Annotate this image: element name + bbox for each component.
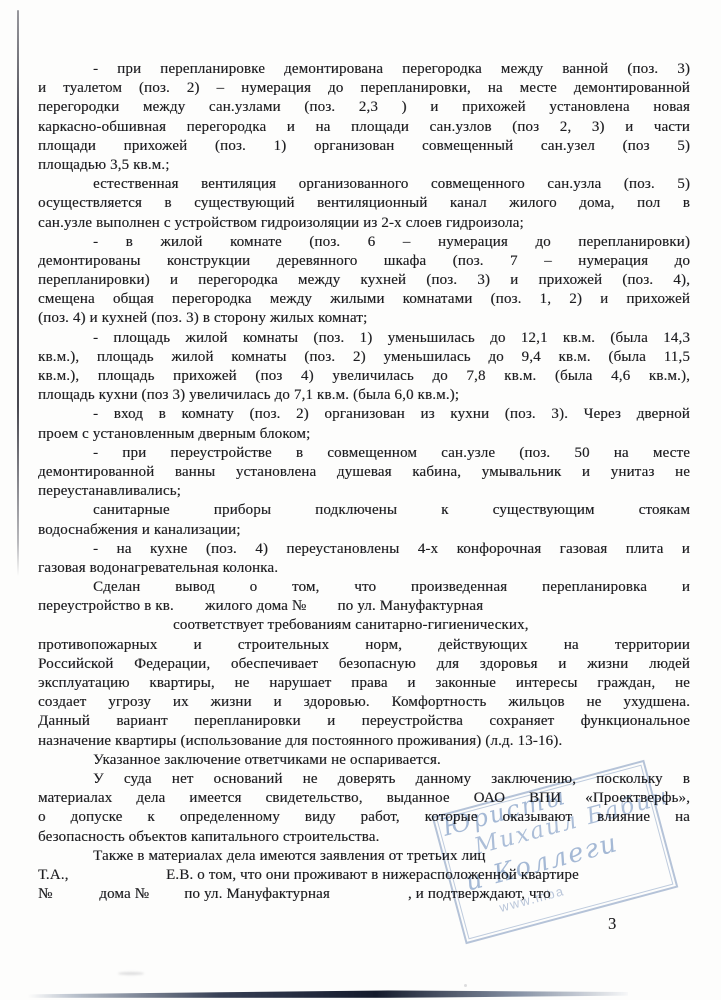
text-line: каркасно-обшивная перегородка и на площа… [38, 118, 690, 137]
text-line: перегородки между сан.узлами (поз. 2,3 )… [38, 98, 690, 117]
text-line: смещена общая перегородка между жилыми к… [38, 290, 690, 309]
text-line: соответствует требованиям санитарно-гиги… [38, 616, 690, 635]
page-number: 3 [608, 914, 638, 934]
scan-speck [118, 972, 144, 975]
text-line: Российской Федерации, обеспечивает безоп… [38, 655, 690, 674]
scan-bottom-edge-shadow [28, 990, 628, 998]
scan-left-edge-line [17, 10, 19, 576]
text-line: - при переустройстве в совмещенном сан.у… [38, 444, 690, 463]
text-line: - на кухне (поз. 4) переустановлены 4-х … [38, 540, 690, 559]
text-line: водоснабжения и канализации; [38, 521, 690, 540]
scan-speck [464, 984, 467, 987]
text-line: кв.м.), площадь прихожей (поз 4) увеличи… [38, 367, 690, 386]
document-page: - при перепланировке демонтирована перег… [0, 0, 721, 1000]
text-line: переустанавливались; [38, 482, 690, 501]
text-line: - в жилой комнате (поз. 6 – нумерация до… [38, 233, 690, 252]
text-line: - вход в комнату (поз. 2) организован из… [38, 405, 690, 424]
text-line: перепланировки) и перегородка между кухн… [38, 271, 690, 290]
text-line: Данный вариант перепланировки и переустр… [38, 712, 690, 731]
text-line: противопожарных и строительных норм, дей… [38, 636, 690, 655]
text-line: газовая водонагревательная колонка. [38, 559, 690, 578]
text-line: санитарные приборы подключены к существу… [38, 501, 690, 520]
text-line: демонтированной ванны установлена душева… [38, 463, 690, 482]
text-line: площадь кухни (поз 3) увеличилась до 7,1… [38, 386, 690, 405]
text-line: демонтированы конструкции деревянного шк… [38, 252, 690, 271]
text-line: назначение квартиры (использование для п… [38, 732, 690, 751]
text-line: и туалетом (поз. 2) – нумерация до переп… [38, 79, 690, 98]
text-line: площади прихожей (поз. 1) организован со… [38, 137, 690, 156]
text-line: - при перепланировке демонтирована перег… [38, 60, 690, 79]
text-line: осуществляется в существующий вентиляцио… [38, 194, 690, 213]
text-line: естественная вентиляция организованного … [38, 175, 690, 194]
text-line: кв.м.), площадь жилой комнаты (поз. 2) у… [38, 348, 690, 367]
text-line: переустройство в кв. жилого дома № по ул… [38, 597, 690, 616]
text-line: создает угрозу их жизни и здоровью. Комф… [38, 693, 690, 712]
text-line: Сделан вывод о том, что произведенная пе… [38, 578, 690, 597]
text-line: сан.узле выполнен с устройством гидроизо… [38, 214, 690, 233]
text-line: проем с установленным дверным блоком; [38, 425, 690, 444]
text-line: эксплуатацию квартиры, не нарушает права… [38, 674, 690, 693]
text-line: (поз. 4) и кухней (поз. 3) в сторону жил… [38, 309, 690, 328]
text-line: площадью 3,5 кв.м.; [38, 156, 690, 175]
text-line: Указанное заключение ответчиками не оспа… [38, 751, 690, 770]
text-line: - площадь жилой комнаты (поз. 1) уменьши… [38, 329, 690, 348]
